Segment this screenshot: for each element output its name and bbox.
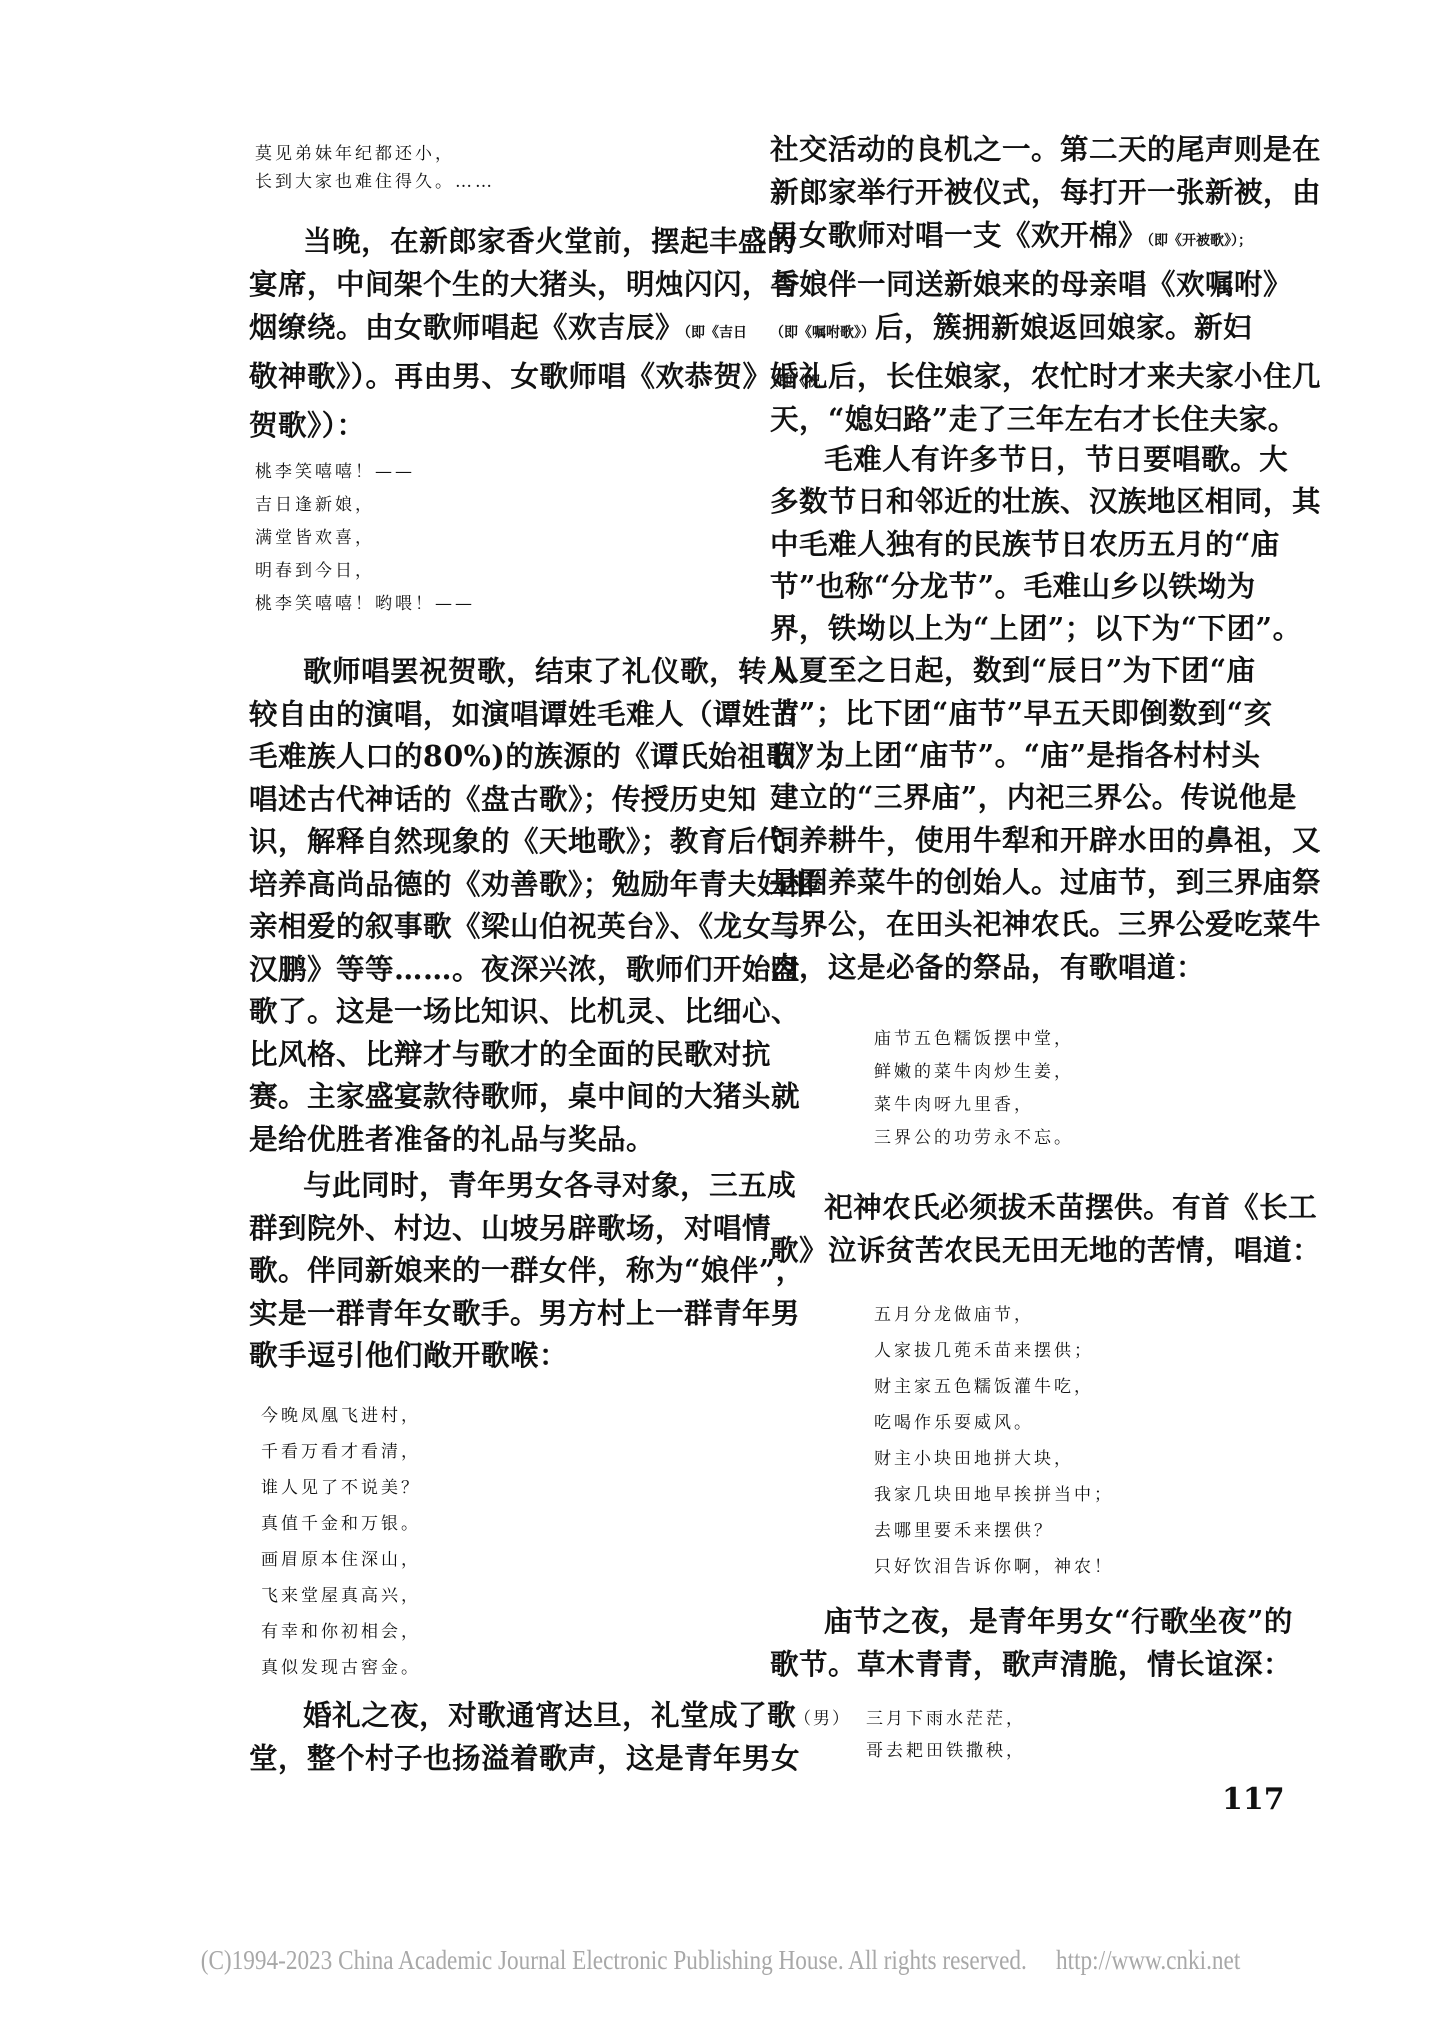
paragraph-young-people: 与此同时，青年男女各寻对象，三五成 群到院外、村边、山坡另辟歌场，对唱情 歌。伴…	[249, 1164, 751, 1377]
text-line: 歌》泣诉贫苦农民无田无地的苦情，唱道：	[770, 1229, 1345, 1272]
text-line: 中毛难人独有的民族节日农历五月的“庙	[770, 523, 1345, 565]
text-line: 群到院外、村边、山坡另辟歌场，对唱情	[249, 1207, 751, 1250]
verse-phoenix: 今晚凤凰飞进村， 千看万看才看清， 谁人见了不说美？ 真值千金和万银。 画眉原本…	[261, 1398, 421, 1686]
verse-line: 吃喝作乐耍威风。	[874, 1405, 1114, 1441]
text-line: 实是一群青年女歌手。男方村上一群青年男	[249, 1292, 751, 1335]
annotation-note: （即《吉日	[684, 325, 747, 341]
page-number: 117	[1222, 1782, 1285, 1817]
verse-line: （男）三月下雨水茫茫，	[794, 1703, 1026, 1735]
text-line: 唱述古代神话的《盘古歌》；传授历史知	[249, 778, 751, 821]
text-line: 培养高尚品德的《劝善歌》；勉励年青夫妇相	[249, 863, 751, 906]
verse-line: 画眉原本住深山，	[261, 1542, 421, 1578]
verse-line: 鲜嫩的菜牛肉炒生姜，	[874, 1056, 1074, 1089]
verse-line: 吉日逢新娘，	[255, 489, 475, 522]
verse-line: 只好饮泪告诉你啊，神农！	[874, 1549, 1114, 1585]
text-line: 歌师唱罢祝贺歌，结束了礼仪歌，转入	[249, 650, 751, 693]
text-line: 建立的“三界庙”，内祀三界公。传说他是	[770, 776, 1345, 818]
paragraph-festival-night: 庙节之夜，是青年男女“行歌坐夜”的 歌节。草木青青，歌声清脆，情长谊深：	[770, 1600, 1345, 1686]
text-line: 歌节。草木青青，歌声清脆，情长谊深：	[770, 1643, 1345, 1686]
verse-line: 去哪里要禾来摆供？	[874, 1513, 1114, 1549]
text-line: 社交活动的良机之一。第二天的尾声则是在	[770, 128, 1345, 171]
verse-line: 莫见弟妹年纪都还小，	[255, 140, 495, 168]
text-line: 日”为上团“庙节”。“庙”是指各村村头	[770, 734, 1345, 776]
verse-line: 有幸和你初相会，	[261, 1614, 421, 1650]
text-line: 当晚，在新郎家香火堂前，摆起丰盛的	[249, 220, 751, 263]
verse-line: 长到大家也难住得久。……	[255, 168, 495, 196]
text-line: 饲养耕牛，使用牛犁和开辟水田的鼻祖，又	[770, 819, 1345, 861]
text-line: 毛难人有许多节日，节日要唱歌。大	[770, 438, 1345, 480]
verse-line: 哥去耙田铁撒秧，	[794, 1735, 1026, 1767]
verse-line: 明春到今日，	[255, 555, 475, 588]
text-line: 新郎家举行开被仪式，每打开一张新被，由	[770, 171, 1345, 214]
text-line: 识，解释自然现象的《天地歌》；教育后代	[249, 820, 751, 863]
paragraph-quilt-ceremony: 社交活动的良机之一。第二天的尾声则是在 新郎家举行开被仪式，每打开一张新被，由 …	[770, 128, 1345, 441]
verse-temple-festival: 庙节五色糯饭摆中堂， 鲜嫩的菜牛肉炒生姜， 菜牛肉呀九里香， 三界公的功劳永不忘…	[874, 1023, 1074, 1155]
verse-line: 庙节五色糯饭摆中堂，	[874, 1023, 1074, 1056]
verse-line: 千看万看才看清，	[261, 1434, 421, 1470]
verse-male-part: （男）三月下雨水茫茫， 哥去耙田铁撒秧，	[794, 1703, 1026, 1767]
text-line: 节”也称“分龙节”。毛难山乡以铁坳为	[770, 565, 1345, 607]
text-line: 亲相爱的叙事歌《梁山伯祝英台》、《龙女与	[249, 905, 751, 948]
text-line: 较自由的演唱，如演唱谭姓毛难人（谭姓占	[249, 693, 751, 736]
verse-line: 桃李笑嘻嘻！哟喂！——	[255, 588, 475, 621]
text-line: 歌手逗引他们敞开歌喉：	[249, 1334, 751, 1377]
text-line: 祀神农氏必须拔禾苗摆供。有首《长工	[770, 1186, 1345, 1229]
text-line: 堂，整个村子也扬溢着歌声，这是青年男女	[249, 1737, 751, 1780]
verse-line: 谁人见了不说美？	[261, 1470, 421, 1506]
verse-line: 三界公的功劳永不忘。	[874, 1122, 1074, 1155]
text-line: 赛。主家盛宴款待歌师，桌中间的大猪头就	[249, 1075, 751, 1118]
verse-line: 财主家五色糯饭灌牛吃，	[874, 1369, 1114, 1405]
text-line: 比风格、比辩才与歌才的全面的民歌对抗	[249, 1033, 751, 1076]
verse-line: 飞来堂屋真高兴，	[261, 1578, 421, 1614]
paragraph-festivals: 毛难人有许多节日，节日要唱歌。大 多数节日和邻近的壮族、汉族地区相同，其 中毛难…	[770, 438, 1345, 988]
verse-line: 桃李笑嘻嘻！——	[255, 456, 475, 489]
verse-congratulation-song: 桃李笑嘻嘻！—— 吉日逢新娘， 满堂皆欢喜， 明春到今日， 桃李笑嘻嘻！哟喂！—…	[255, 456, 475, 621]
verse-line: 我家几块田地早挨拼当中；	[874, 1477, 1114, 1513]
footer-url: http://www.cnki.net	[1056, 1945, 1240, 1975]
text-line: 与娘伴一同送新娘来的母亲唱《欢嘱咐》	[770, 263, 1345, 306]
text-line: 歌了。这是一场比知识、比机灵、比细心、	[249, 990, 751, 1033]
text-line: 是圈养菜牛的创始人。过庙节，到三界庙祭	[770, 861, 1345, 903]
text-line: 毛难族人口的80%)的族源的《谭氏始祖歌》;	[249, 735, 751, 778]
verse-line: 五月分龙做庙节，	[874, 1297, 1114, 1333]
text-line: 烟缭绕。由女歌师唱起《欢吉辰》（即《吉日	[249, 306, 751, 355]
speaker-tag: （男）	[794, 1703, 866, 1735]
text-line: 节”；比下团“庙节”早五天即倒数到“亥	[770, 692, 1345, 734]
text-line: 肉，这是必备的祭品，有歌唱道：	[770, 946, 1345, 988]
verse-long-worker-song: 五月分龙做庙节， 人家拔几蔸禾苗来摆供； 财主家五色糯饭灌牛吃， 吃喝作乐耍威风…	[874, 1297, 1114, 1585]
text-line: 敬神歌》）。再由男、女歌师唱《欢恭贺》（即《祝	[249, 355, 751, 404]
copyright-footer: (C)1994-2023 China Academic Journal Elec…	[101, 1945, 1340, 1976]
paragraph-wedding-night: 婚礼之夜，对歌通宵达旦，礼堂成了歌 堂，整个村子也扬溢着歌声，这是青年男女	[249, 1694, 751, 1780]
text-line: （即《嘱咐歌》）后，簇拥新娘返回娘家。新妇	[770, 306, 1345, 355]
text-line: 贺歌》）：	[249, 404, 751, 447]
annotation-note: （即《开被歌》）；	[1147, 233, 1252, 249]
text-line: 庙节之夜，是青年男女“行歌坐夜”的	[770, 1600, 1345, 1643]
text-line: 天，“媳妇路”走了三年左右才长住夫家。	[770, 398, 1345, 441]
text-line: 婚礼之夜，对歌通宵达旦，礼堂成了歌	[249, 1694, 751, 1737]
paragraph-wedding-feast: 当晚，在新郎家香火堂前，摆起丰盛的 宴席，中间架个生的大猪头，明烛闪闪，香 烟缭…	[249, 220, 751, 447]
text-line: 歌。伴同新娘来的一群女伴，称为“娘伴”，	[249, 1249, 751, 1292]
text-line: 汉鹏》等等……。夜深兴浓，歌师们开始盘	[249, 948, 751, 991]
verse-line: 满堂皆欢喜，	[255, 522, 475, 555]
paragraph-shennong-offering: 祀神农氏必须拔禾苗摆供。有首《长工 歌》泣诉贫苦农民无田无地的苦情，唱道：	[770, 1186, 1345, 1272]
annotation-note: （即《嘱咐歌》）	[770, 325, 875, 341]
text-line: 与此同时，青年男女各寻对象，三五成	[249, 1164, 751, 1207]
text-line: 多数节日和邻近的壮族、汉族地区相同，其	[770, 480, 1345, 522]
text-line: 是给优胜者准备的礼品与奖品。	[249, 1118, 751, 1161]
verse-line: 人家拔几蔸禾苗来摆供；	[874, 1333, 1114, 1369]
paragraph-free-singing: 歌师唱罢祝贺歌，结束了礼仪歌，转入 较自由的演唱，如演唱谭姓毛难人（谭姓占 毛难…	[249, 650, 751, 1160]
text-line: 宴席，中间架个生的大猪头，明烛闪闪，香	[249, 263, 751, 306]
text-line: 界，铁坳以上为“上团”；以下为“下团”。	[770, 607, 1345, 649]
verse-line: 真值千金和万银。	[261, 1506, 421, 1542]
copyright-text: (C)1994-2023 China Academic Journal Elec…	[201, 1945, 1027, 1975]
text-line: 从夏至之日起，数到“辰日”为下团“庙	[770, 649, 1345, 691]
verse-line: 菜牛肉呀九里香，	[874, 1089, 1074, 1122]
text-line: 男女歌师对唱一支《欢开棉》（即《开被歌》）；	[770, 214, 1345, 263]
text-line: 婚礼后，长住娘家，农忙时才来夫家小住几	[770, 355, 1345, 398]
verse-line: 财主小块田地拼大块，	[874, 1441, 1114, 1477]
verse-farewell: 莫见弟妹年纪都还小， 长到大家也难住得久。……	[255, 140, 495, 196]
verse-line: 真似发现古窖金。	[261, 1650, 421, 1686]
text-line: 三界公，在田头祀神农氏。三界公爱吃菜牛	[770, 903, 1345, 945]
verse-line: 今晚凤凰飞进村，	[261, 1398, 421, 1434]
